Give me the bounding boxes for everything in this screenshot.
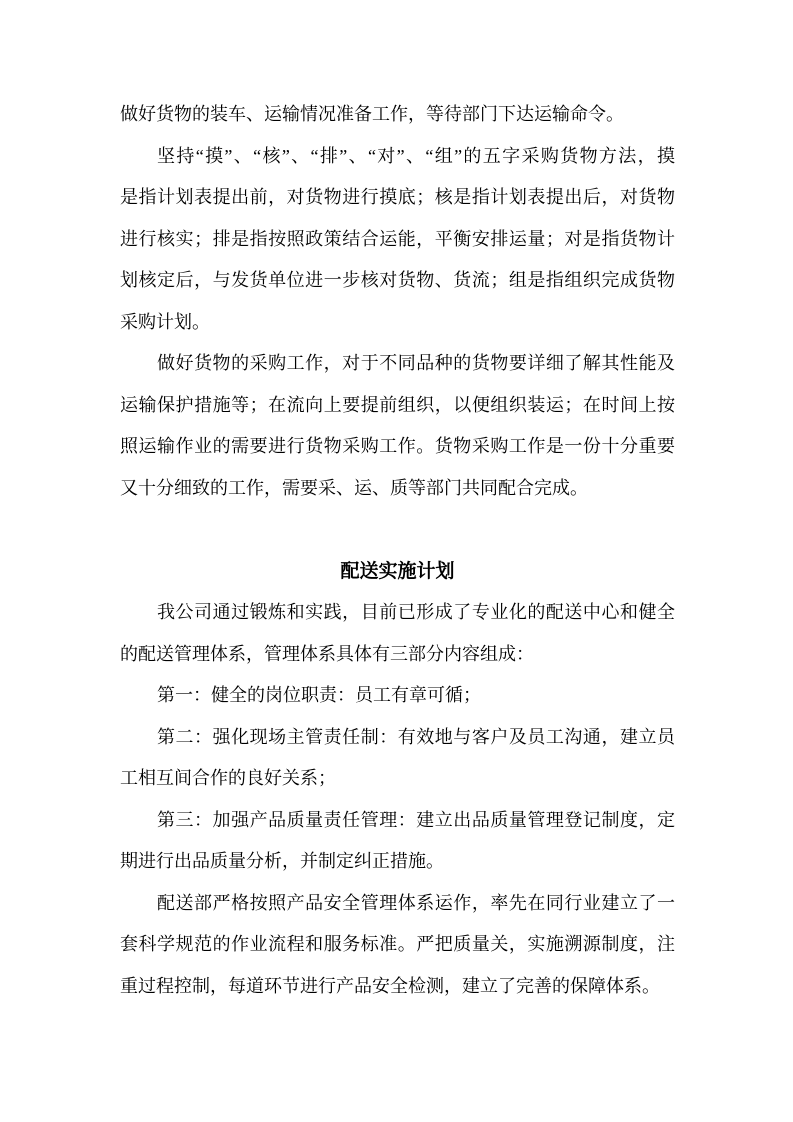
text-line: 配送部严格按照产品安全管理体系运作，率先在同行业建立了一 xyxy=(120,883,675,925)
text-line: 划核定后，与发货单位进一步核对货物、货流；组是指组织完成货物 xyxy=(120,260,675,302)
text-line: 做好货物的采购工作，对于不同品种的货物要详细了解其性能及 xyxy=(120,343,675,385)
section-heading: 配送实施计划 xyxy=(120,551,675,593)
document-body: 做好货物的装车、运输情况准备工作，等待部门下达运输命令。坚持“摸”、“核”、“排… xyxy=(120,94,675,1007)
text-line: 第三：加强产品质量责任管理：建立出品质量管理登记制度，定 xyxy=(120,800,675,842)
text-line: 重过程控制，每道环节进行产品安全检测，建立了完善的保障体系。 xyxy=(120,966,675,1008)
text-line: 做好货物的装车、运输情况准备工作，等待部门下达运输命令。 xyxy=(120,94,675,136)
text-line: 期进行出品质量分析，并制定纠正措施。 xyxy=(120,841,675,883)
text-line: 第一：健全的岗位职责：员工有章可循； xyxy=(120,675,675,717)
text-line: 第二：强化现场主管责任制：有效地与客户及员工沟通，建立员 xyxy=(120,717,675,759)
blank-line xyxy=(120,509,675,551)
document-page: 做好货物的装车、运输情况准备工作，等待部门下达运输命令。坚持“摸”、“核”、“排… xyxy=(0,0,793,1122)
text-line: 是指计划表提出前，对货物进行摸底；核是指计划表提出后，对货物 xyxy=(120,177,675,219)
text-line: 的配送管理体系，管理体系具体有三部分内容组成： xyxy=(120,634,675,676)
text-line: 工相互间合作的良好关系； xyxy=(120,758,675,800)
text-line: 坚持“摸”、“核”、“排”、“对”、“组”的五字采购货物方法，摸 xyxy=(120,136,675,178)
text-line: 我公司通过锻炼和实践，目前已形成了专业化的配送中心和健全 xyxy=(120,592,675,634)
text-line: 进行核实；排是指按照政策结合运能，平衡安排运量；对是指货物计 xyxy=(120,219,675,261)
text-line: 套科学规范的作业流程和服务标准。严把质量关，实施溯源制度，注 xyxy=(120,924,675,966)
text-line: 采购计划。 xyxy=(120,302,675,344)
text-line: 运输保护措施等；在流向上要提前组织，以便组织装运；在时间上按 xyxy=(120,385,675,427)
text-line: 照运输作业的需要进行货物采购工作。货物采购工作是一份十分重要 xyxy=(120,426,675,468)
text-line: 又十分细致的工作，需要采、运、质等部门共同配合完成。 xyxy=(120,468,675,510)
